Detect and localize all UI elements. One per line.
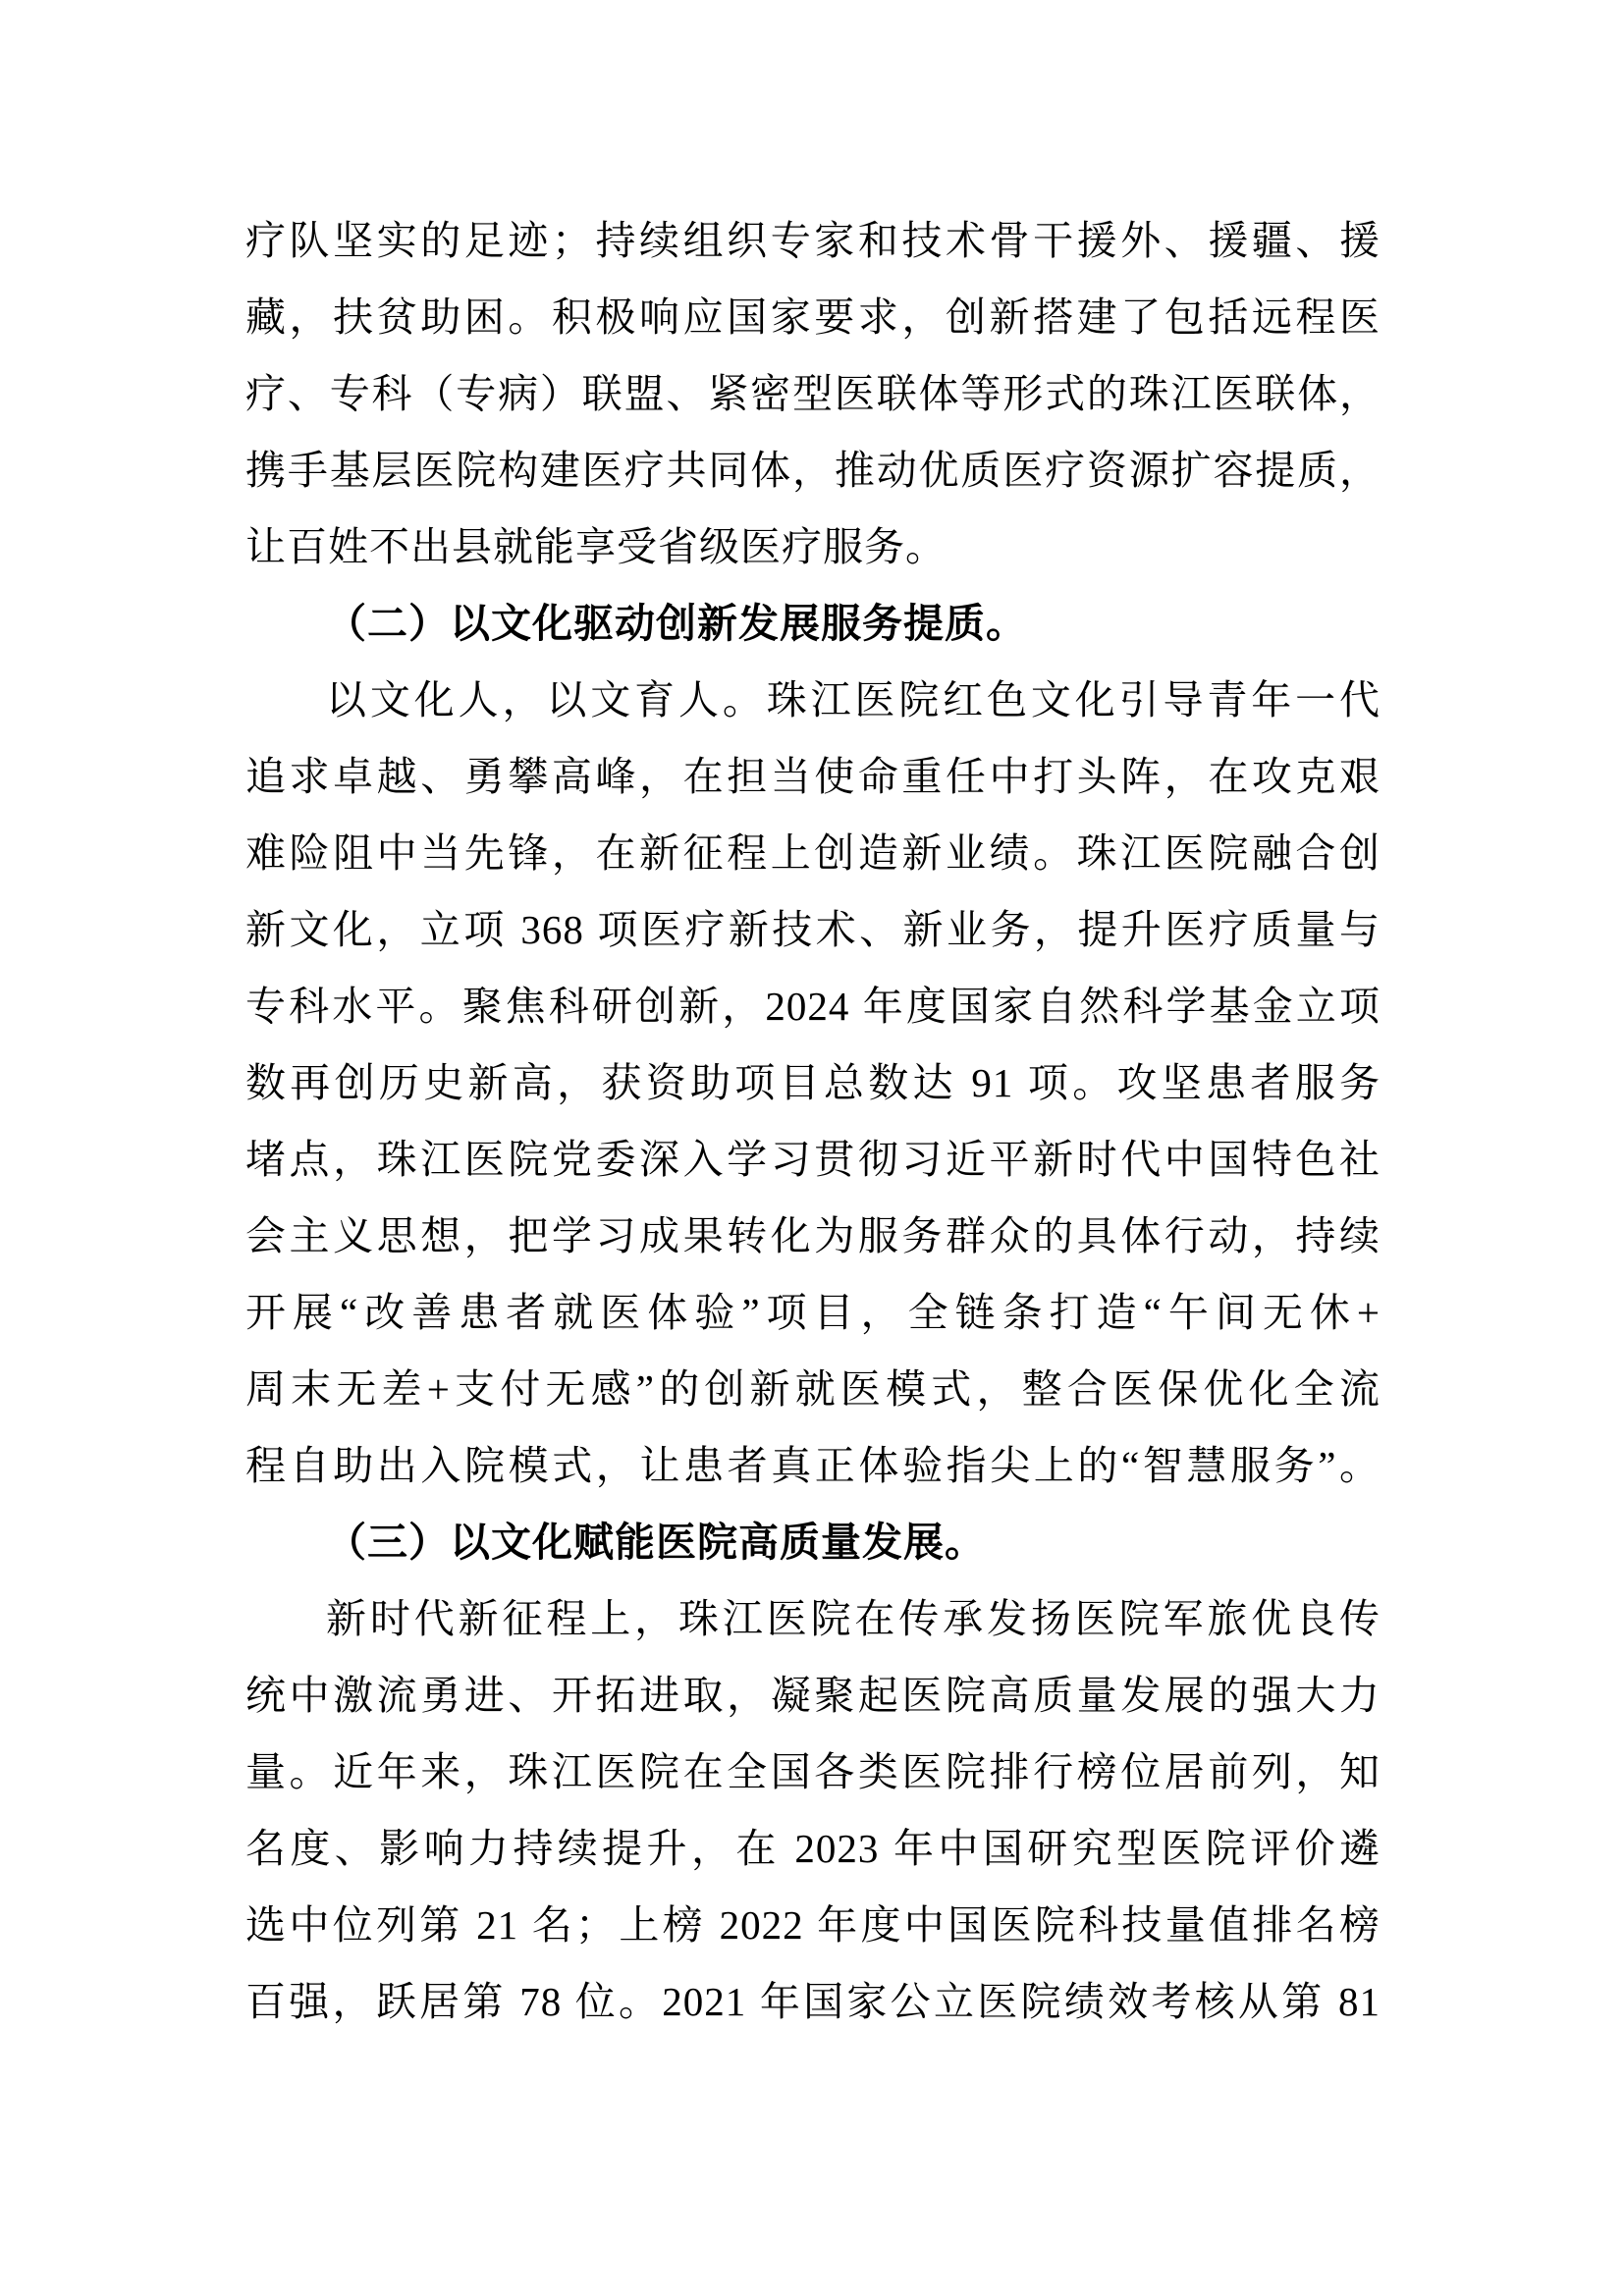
paragraph-line: 程自助出入院模式，让患者真正体验指尖上的“智慧服务”。 [245,1427,1380,1504]
document-page: 疗队坚实的足迹；持续组织专家和技术骨干援外、援疆、援藏，扶贫助困。积极响应国家要… [0,0,1624,2296]
paragraph-line: 专科水平。聚焦科研创新，2024 年度国家自然科学基金立项 [245,968,1380,1044]
paragraph-line: 新时代新征程上，珠江医院在传承发扬医院军旅优良传 [245,1580,1380,1657]
paragraph-line: 选中位列第 21 名；上榜 2022 年度中国医院科技量值排名榜 [245,1887,1380,1963]
paragraph-line: 堵点，珠江医院党委深入学习贯彻习近平新时代中国特色社 [245,1121,1380,1198]
paragraph-line: 藏，扶贫助困。积极响应国家要求，创新搭建了包括远程医 [245,279,1380,355]
paragraph-line: 让百姓不出县就能享受省级医疗服务。 [245,508,1380,585]
paragraph-line: 开展“改善患者就医体验”项目，全链条打造“午间无休+ [245,1274,1380,1351]
paragraph-line: 会主义思想，把学习成果转化为服务群众的具体行动，持续 [245,1198,1380,1274]
paragraph-line: 新文化，立项 368 项医疗新技术、新业务，提升医疗质量与 [245,891,1380,968]
paragraph-line: 携手基层医院构建医疗共同体，推动优质医疗资源扩容提质， [245,432,1380,508]
paragraph-line: 难险阻中当先锋，在新征程上创造新业绩。珠江医院融合创 [245,815,1380,891]
paragraph-line: 疗队坚实的足迹；持续组织专家和技术骨干援外、援疆、援 [245,202,1380,279]
paragraph-line: 名度、影响力持续提升，在 2023 年中国研究型医院评价遴 [245,1810,1380,1887]
section-heading: （二）以文化驱动创新发展服务提质。 [245,585,1380,662]
paragraph-line: 周末无差+支付无感”的创新就医模式，整合医保优化全流 [245,1351,1380,1427]
paragraph-line: 以文化人，以文育人。珠江医院红色文化引导青年一代 [245,662,1380,738]
paragraph-line: 量。近年来，珠江医院在全国各类医院排行榜位居前列，知 [245,1734,1380,1810]
paragraph-line: 百强，跃居第 78 位。2021 年国家公立医院绩效考核从第 81 [245,1963,1380,2040]
paragraph-line: 数再创历史新高，获资助项目总数达 91 项。攻坚患者服务 [245,1044,1380,1121]
paragraph-line: 追求卓越、勇攀高峰，在担当使命重任中打头阵，在攻克艰 [245,738,1380,815]
section-heading: （三）以文化赋能医院高质量发展。 [245,1504,1380,1580]
paragraph-line: 统中激流勇进、开拓进取，凝聚起医院高质量发展的强大力 [245,1657,1380,1734]
document-text: 疗队坚实的足迹；持续组织专家和技术骨干援外、援疆、援藏，扶贫助困。积极响应国家要… [245,202,1380,2040]
paragraph-line: 疗、专科（专病）联盟、紧密型医联体等形式的珠江医联体， [245,355,1380,432]
